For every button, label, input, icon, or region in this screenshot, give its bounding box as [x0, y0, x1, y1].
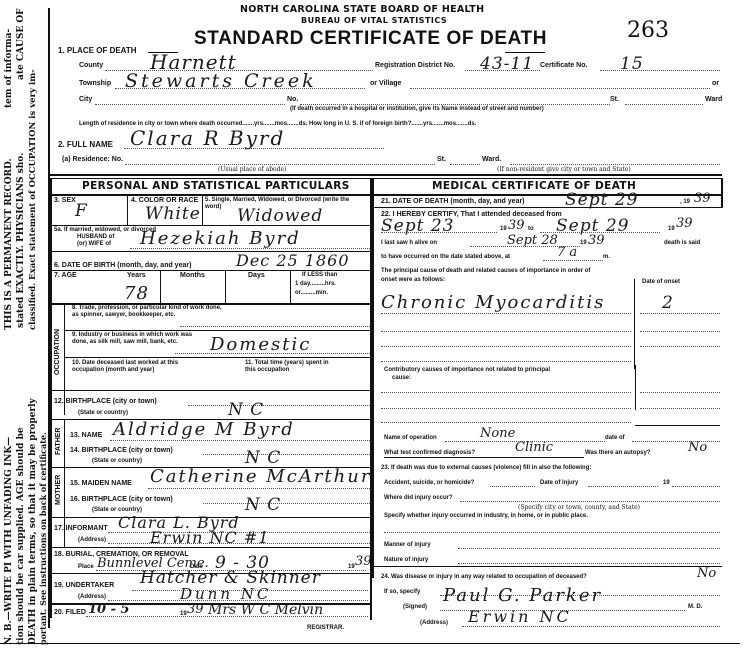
industry-value[interactable]: Domestic	[210, 334, 311, 355]
date-of-death-year-prefix: , 19	[680, 199, 690, 205]
district-label: Registration District No.	[375, 62, 455, 69]
registrar-signature[interactable]: Mrs W C Melvin	[208, 602, 323, 618]
certificate-number: 263	[627, 18, 669, 43]
undertaker-address-value[interactable]: Dunn NC	[180, 585, 271, 603]
where-injury-note: (Specify city or town, county, and State…	[518, 504, 640, 511]
rule	[50, 174, 722, 176]
nature-line	[458, 563, 720, 564]
mother-name-line	[148, 488, 370, 489]
days-label: Days	[248, 272, 265, 279]
village-line	[410, 88, 710, 89]
onset-column-divider	[634, 279, 635, 369]
bottom-border	[0, 643, 740, 644]
color-label: 4. COLOR OR RACE	[131, 197, 198, 204]
mother-name-label: 15. MAIDEN NAME	[70, 480, 132, 487]
spouse-label-3: (or) WIFE of	[77, 241, 111, 247]
birthplace-label: 12. BIRTHPLACE (city or town)	[54, 398, 157, 405]
contributory-line-3	[381, 422, 631, 423]
rule	[50, 225, 372, 226]
nonresident-note: (If non-resident give city or town and S…	[497, 166, 631, 173]
last-saw-value[interactable]: Sept 28	[507, 233, 558, 248]
specify-injury-label: Specify whether injury occurred in indus…	[384, 513, 588, 519]
injury-year-line	[672, 486, 720, 487]
accident-line	[490, 486, 535, 487]
filed-year-prefix: 19	[180, 611, 187, 617]
less-than-label: If LESS than	[302, 272, 337, 278]
time-line	[543, 260, 603, 261]
trade-line	[180, 326, 370, 327]
st-label: St.	[610, 96, 619, 103]
industry-label: 9. Industry or business in which work wa…	[72, 332, 202, 346]
operation-label: Name of operation	[384, 435, 437, 441]
attended-to-year[interactable]: 39	[676, 216, 693, 231]
autopsy-label: Was there an autopsy?	[585, 450, 650, 456]
time-value[interactable]: 7 a	[557, 245, 577, 260]
board-name: NORTH CAROLINA STATE BOARD OF HEALTH	[240, 4, 484, 15]
burial-place-label: Place	[78, 564, 94, 570]
father-name-value[interactable]: Aldridge M Byrd	[113, 419, 295, 440]
mother-name-value[interactable]: Catherine McArthur	[150, 466, 371, 487]
informant-label: 17. INFORMANT	[54, 525, 108, 532]
physician-signature[interactable]: Paul G. Parker	[443, 585, 602, 606]
informant-address-label: (Address)	[78, 537, 106, 543]
mother-birthplace-line	[203, 503, 370, 504]
injury-date-line	[588, 486, 658, 487]
full-name-label: 2. FULL NAME	[58, 140, 113, 149]
rule	[372, 194, 722, 196]
cause-line-4	[381, 361, 631, 362]
residence-ward-label: Ward.	[482, 156, 501, 163]
dob-value[interactable]: Dec 25 1860	[236, 251, 350, 270]
last-saw-label: I last saw h alive on	[381, 240, 437, 246]
color-value[interactable]: White	[145, 204, 201, 224]
age-label: 7. AGE	[54, 272, 77, 279]
physician-address-label: (Address)	[420, 620, 448, 626]
onset-line-1	[640, 313, 720, 314]
years-value[interactable]: 78	[124, 283, 149, 304]
residence-st-line	[450, 164, 480, 165]
contributory-line-2	[381, 408, 631, 409]
rule	[50, 270, 372, 271]
margin-note-2: stated EXACTLY. PHYSICIANS sho.	[16, 153, 27, 328]
contributory-label-2: cause:	[392, 375, 411, 381]
manner-line	[458, 548, 720, 549]
principal-cause-label-2: onset were as follows:	[381, 277, 445, 283]
rule	[160, 270, 161, 303]
father-birthplace-line	[203, 454, 370, 455]
or-label: or	[712, 80, 719, 87]
birthplace-state-label: (State or country)	[78, 410, 128, 416]
onset-value[interactable]: 2	[662, 293, 674, 313]
residence-line	[125, 164, 435, 165]
residence-ward-line	[510, 164, 720, 165]
last-worked-label: 10. Date deceased last worked at this oc…	[72, 360, 192, 374]
occurred-at-label: to have occurred on the date stated abov…	[381, 254, 510, 260]
margin-note-5: ate CAUSE OF	[16, 8, 27, 80]
rule	[127, 195, 128, 225]
total-time-label: 11. Total time (years) spent in this occ…	[245, 360, 335, 374]
onset-line-2	[640, 331, 720, 332]
sex-value[interactable]: F	[75, 201, 88, 221]
contributory-label-1: Contributory causes of importance not re…	[384, 367, 550, 373]
township-label: Township	[79, 80, 111, 87]
margin-note-7: tion should be car supplied. AGE should …	[16, 427, 27, 645]
attended-from-year[interactable]: 39	[508, 218, 525, 233]
filed-label: 20. FILED	[54, 609, 86, 616]
physician-address-value[interactable]: Erwin NC	[468, 607, 572, 626]
occupation-side-label: OCCUPATION	[54, 329, 61, 375]
date-onset-label: Date of onset	[642, 279, 680, 285]
contributory-onset-2	[640, 408, 720, 409]
signed-label: (Signed)	[403, 604, 427, 610]
rule	[635, 425, 720, 426]
father-birthplace-label: 14. BIRTHPLACE (city or town)	[70, 447, 173, 454]
full-name-value[interactable]: Clara R Byrd	[130, 126, 285, 150]
birthplace-value[interactable]: N C	[228, 400, 264, 420]
village-label: or Village	[370, 80, 401, 87]
nature-label: Nature of injury	[384, 557, 428, 563]
operation-value[interactable]: None	[480, 426, 515, 441]
mother-side-label: MOTHER	[55, 475, 62, 505]
accident-label: Accident, suicide, or homicide?	[384, 480, 474, 486]
cause-line-3	[381, 346, 631, 347]
where-injury-label: Where did injury occur?	[384, 495, 453, 501]
burial-year-prefix: 19	[348, 564, 355, 570]
rule	[384, 457, 584, 458]
hospital-note: (If death occurred in a hospital or inst…	[290, 106, 544, 112]
date-of-death-year[interactable]: 39	[694, 191, 711, 206]
rule	[64, 357, 372, 358]
last-saw-year[interactable]: 39	[588, 233, 605, 248]
registrar-label: REGISTRAR.	[307, 625, 344, 631]
rule	[50, 194, 372, 196]
contributory-onset-1	[640, 392, 720, 393]
cause-line-2	[381, 331, 631, 332]
st-line	[625, 104, 703, 105]
rule	[50, 390, 372, 391]
attended-from-value[interactable]: Sept 23	[381, 216, 454, 236]
test-value[interactable]: Clinic	[515, 440, 553, 455]
margin-note-6: N. B.—WRITE PI WITH UNFADING INK—	[4, 437, 15, 645]
city-line	[95, 104, 285, 105]
rule	[505, 52, 545, 53]
rule	[50, 547, 372, 548]
injury-date-label: Date of injury	[540, 480, 578, 486]
no-label: No.	[287, 96, 298, 103]
no-line	[300, 104, 610, 105]
onset-column-divider-2	[635, 365, 636, 410]
birthplace-line	[188, 405, 370, 406]
date-of-death-label: 21. DATE OF DEATH (month, day, and year)	[381, 198, 525, 205]
father-side-label: FATHER	[55, 428, 62, 455]
rule	[202, 195, 203, 225]
undertaker-label: 19. UNDERTAKER	[54, 582, 114, 589]
certificate-title: STANDARD CERTIFICATE OF DEATH	[194, 28, 547, 50]
father-birthplace-value[interactable]: N C	[245, 448, 281, 468]
m-label: m.	[603, 254, 610, 260]
cause-value[interactable]: Chronic Myocarditis	[381, 292, 605, 313]
rule	[290, 270, 291, 303]
external-causes-label: 23. If death was due to external causes …	[381, 465, 591, 471]
abode-note: (Usual place of abode)	[218, 166, 286, 173]
rule	[372, 566, 722, 567]
residence-st-label: St.	[437, 156, 446, 163]
place-of-death-label: 1. PLACE OF DEATH	[58, 46, 137, 55]
less-than-hrs: 1 day.........hrs.	[295, 281, 336, 287]
operation-date-label: date of	[605, 435, 625, 441]
burial-year-value[interactable]: 39	[355, 554, 372, 569]
to-label: to	[528, 226, 534, 232]
bureau-name: BUREAU OF VITAL STATISTICS	[301, 16, 447, 25]
certificate-no-value[interactable]: 15	[620, 54, 644, 74]
residence-label: (a) Residence: No.	[62, 156, 123, 163]
township-value[interactable]: Stewarts Creek	[125, 70, 317, 92]
center-divider-inner	[372, 178, 374, 578]
margin-note-3: classified. Exact statement of OCCUPATIO…	[28, 69, 39, 330]
months-label: Months	[180, 272, 205, 279]
physician-address-line	[462, 626, 720, 627]
right-border-top	[721, 178, 723, 208]
mother-birthplace-value[interactable]: N C	[245, 495, 281, 515]
contributory-line-1	[381, 392, 631, 393]
autopsy-value[interactable]: No	[688, 440, 707, 455]
marital-value[interactable]: Widowed	[237, 206, 323, 226]
principal-cause-label-1: The principal cause of death and related…	[381, 268, 590, 274]
informant-address-value[interactable]: Erwin NC #1	[150, 528, 269, 547]
attended-from-year-prefix: 19	[500, 226, 507, 232]
certificate-no-label: Certificate No.	[540, 62, 587, 69]
manner-label: Manner of injury	[384, 542, 431, 548]
undertaker-address-label: (Address)	[78, 594, 106, 600]
onset-line-3	[640, 346, 720, 347]
rule	[372, 207, 722, 208]
injury-year-prefix: 19	[663, 480, 670, 486]
test-label: What test confirmed diagnosis?	[384, 450, 475, 456]
margin-note-4: tem of informa-	[4, 29, 15, 108]
rule	[225, 270, 226, 303]
trade-label: 8. Trade, profession, or particular kind…	[72, 305, 222, 319]
dob-label: 6. DATE OF BIRTH (month, day, and year)	[54, 262, 191, 269]
mother-birthplace-label: 16. BIRTHPLACE (city or town)	[70, 496, 173, 503]
if-so-label: If so, specify	[384, 589, 420, 595]
father-state-label: (State or country)	[92, 458, 142, 464]
margin-note-1: THIS IS A PERMANENT RECORD.	[4, 158, 15, 330]
occupation-related-value[interactable]: No	[697, 566, 716, 581]
ward-label: Ward	[705, 96, 722, 103]
father-name-label: 13. NAME	[70, 432, 102, 439]
last-saw-year-prefix: 19	[580, 240, 587, 246]
city-label: City	[79, 96, 92, 103]
where-injury-line	[460, 501, 720, 502]
attended-to-year-prefix: 19	[668, 226, 675, 232]
death-said-label: death is said	[664, 240, 700, 246]
cause-line-1	[381, 313, 631, 314]
occupation-related-label: 24. Was disease or injury in any way rel…	[381, 574, 587, 580]
district-value[interactable]: 43-11	[480, 54, 534, 74]
filed-year-value[interactable]: 39	[187, 602, 204, 617]
spouse-label-2: HUSBAND of	[77, 234, 114, 240]
sex-label: 3. SEX	[54, 197, 76, 204]
filed-value[interactable]: 10 - 5	[88, 602, 130, 617]
rule	[50, 178, 722, 179]
personal-heading: PERSONAL AND STATISTICAL PARTICULARS	[82, 180, 350, 192]
father-name-line	[110, 440, 370, 441]
years-label: Years	[127, 272, 146, 279]
certificate-no-line	[600, 70, 720, 71]
rule	[64, 330, 372, 331]
md-label: M. D.	[688, 604, 702, 610]
specify-injury-line	[384, 532, 720, 533]
left-box-border	[50, 178, 52, 618]
spouse-value[interactable]: Hezekiah Byrd	[140, 228, 301, 249]
less-than-min: or.........min.	[295, 290, 328, 296]
county-label: County	[79, 62, 103, 69]
